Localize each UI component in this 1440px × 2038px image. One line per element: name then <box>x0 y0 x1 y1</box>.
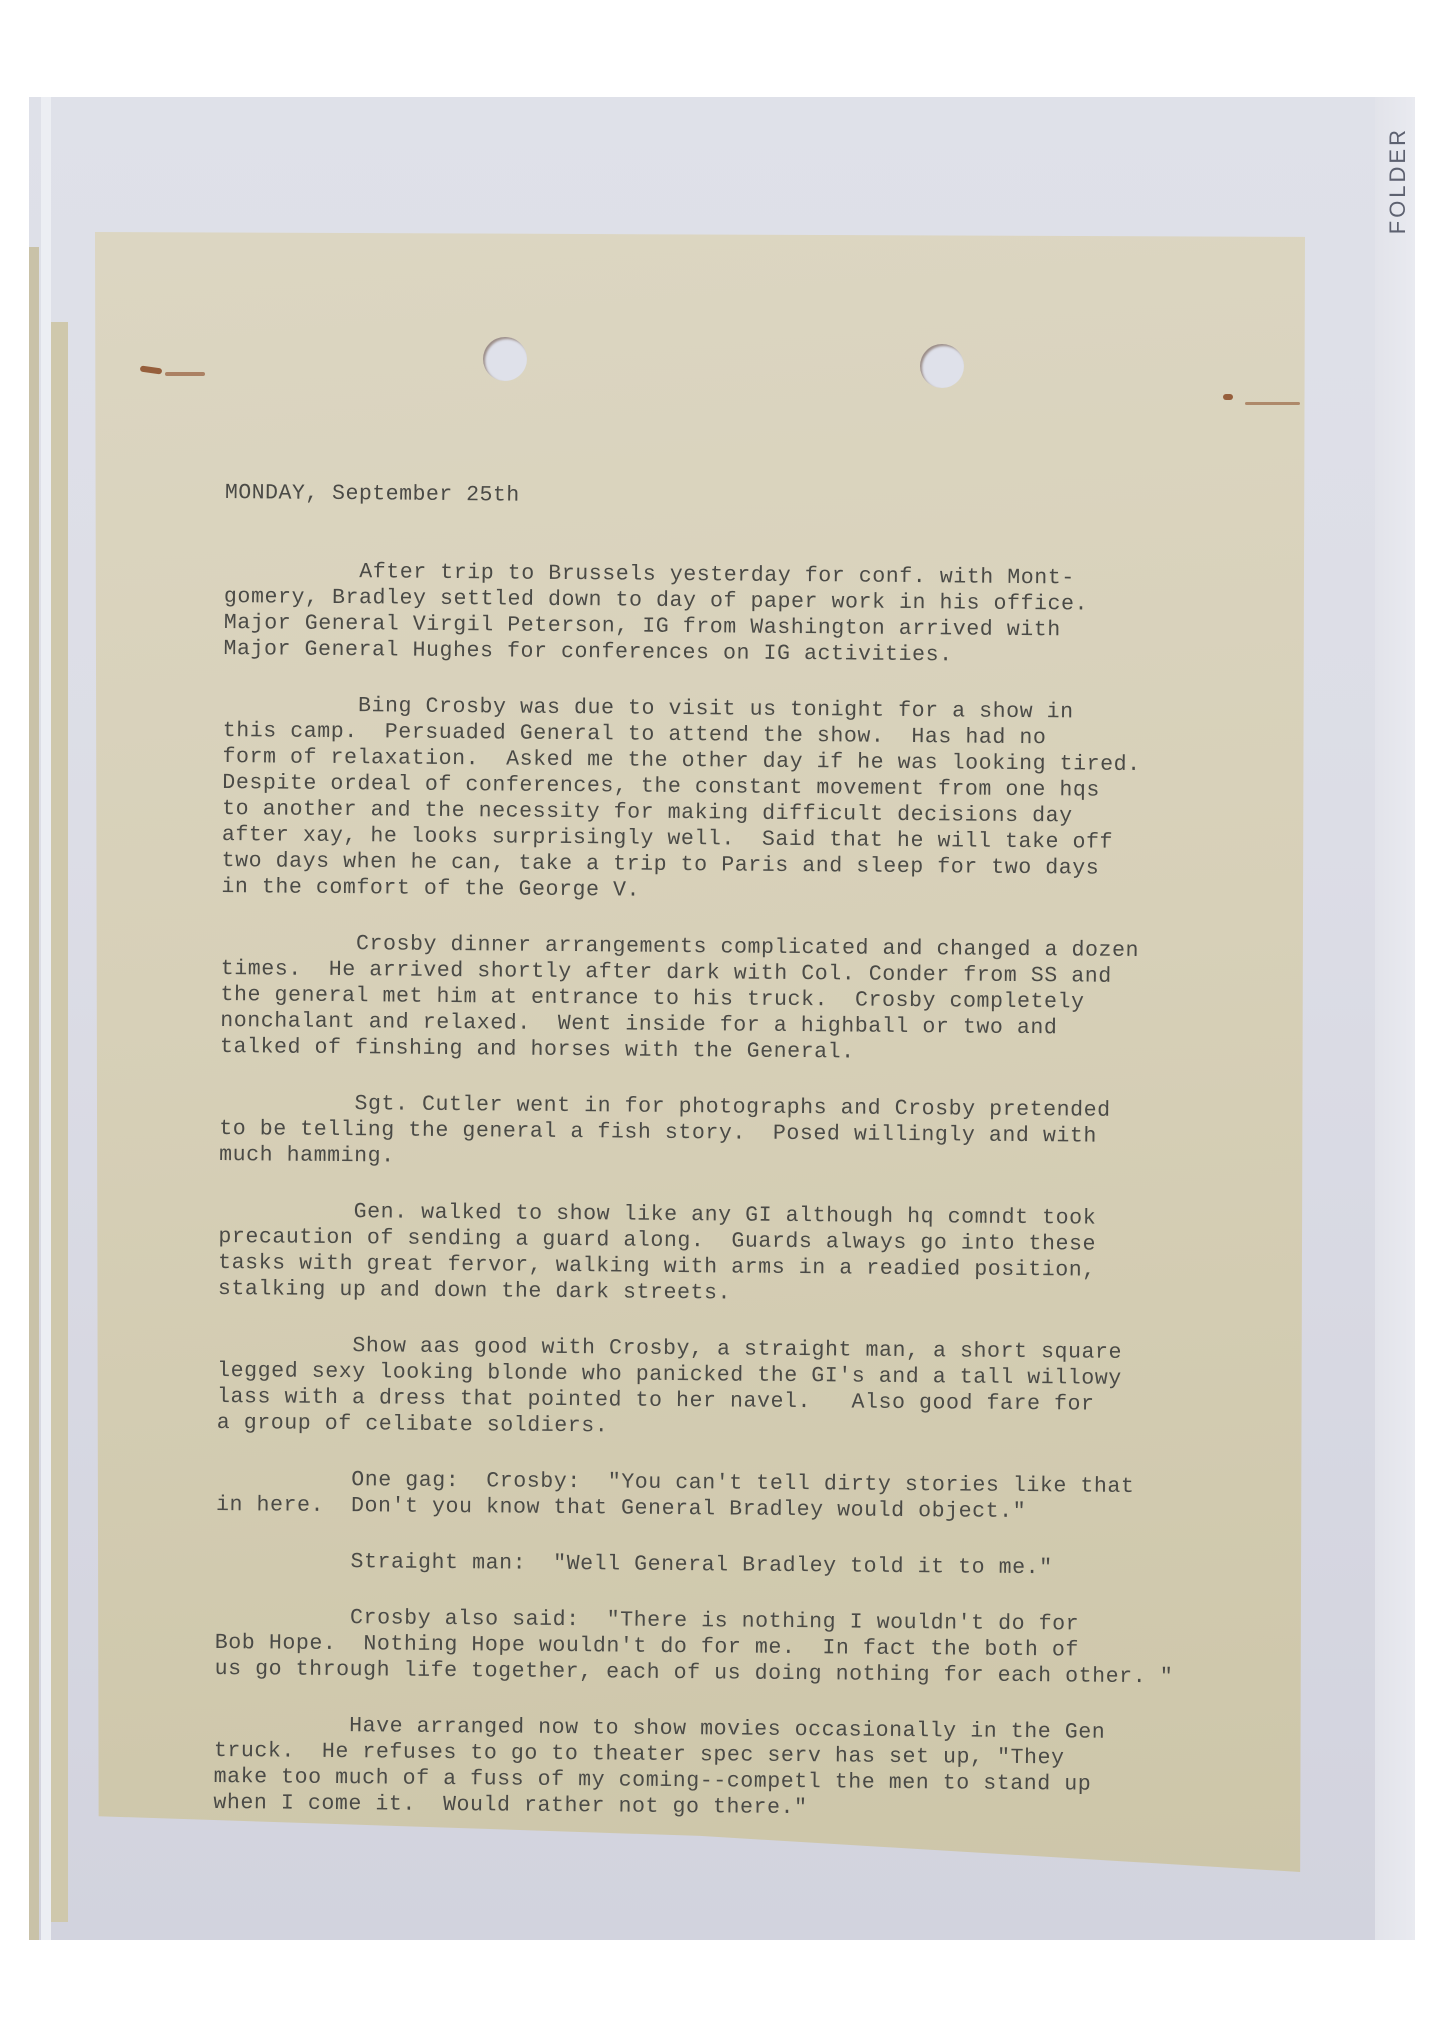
paragraph: Straight man: "Well General Bradley told… <box>215 1548 1275 1583</box>
paragraph: Have arranged now to show movies occasio… <box>213 1712 1274 1825</box>
document-photo: FOLDER MONDAY, September 25th After trip… <box>29 97 1415 1940</box>
paragraph: Crosby also said: "There is nothing I wo… <box>215 1604 1276 1691</box>
date-heading: MONDAY, September 25th <box>225 480 1285 515</box>
paragraph: Crosby dinner arrangements complicated a… <box>220 930 1281 1069</box>
underlying-page-edge <box>51 322 68 1922</box>
rust-stain-left-trail <box>165 372 205 376</box>
folder-edge <box>29 247 39 1940</box>
rust-stain-left <box>140 365 163 374</box>
paragraph: One gag: Crosby: "You can't tell dirty s… <box>216 1466 1276 1527</box>
folder-edge-light <box>41 97 51 1940</box>
paragraph: Bing Crosby was due to visit us tonight … <box>221 692 1283 909</box>
paragraph: Gen. walked to show like any GI although… <box>218 1198 1279 1311</box>
paragraph: Sgt. Cutler went in for photographs and … <box>219 1090 1280 1177</box>
paragraph: Show aas good with Crosby, a straight ma… <box>217 1332 1278 1445</box>
typed-text: MONDAY, September 25th After trip to Bru… <box>213 480 1285 1855</box>
typed-page: MONDAY, September 25th After trip to Bru… <box>95 232 1305 1872</box>
punch-hole-right <box>920 344 964 388</box>
punch-hole-left <box>483 337 527 381</box>
rust-stain-right <box>1223 394 1233 400</box>
folder-label: FOLDER <box>1385 127 1411 234</box>
rust-stain-right-trail <box>1245 402 1300 405</box>
paragraph: After trip to Brussels yesterday for con… <box>223 558 1284 671</box>
folder-tab: FOLDER <box>1375 97 1415 1940</box>
